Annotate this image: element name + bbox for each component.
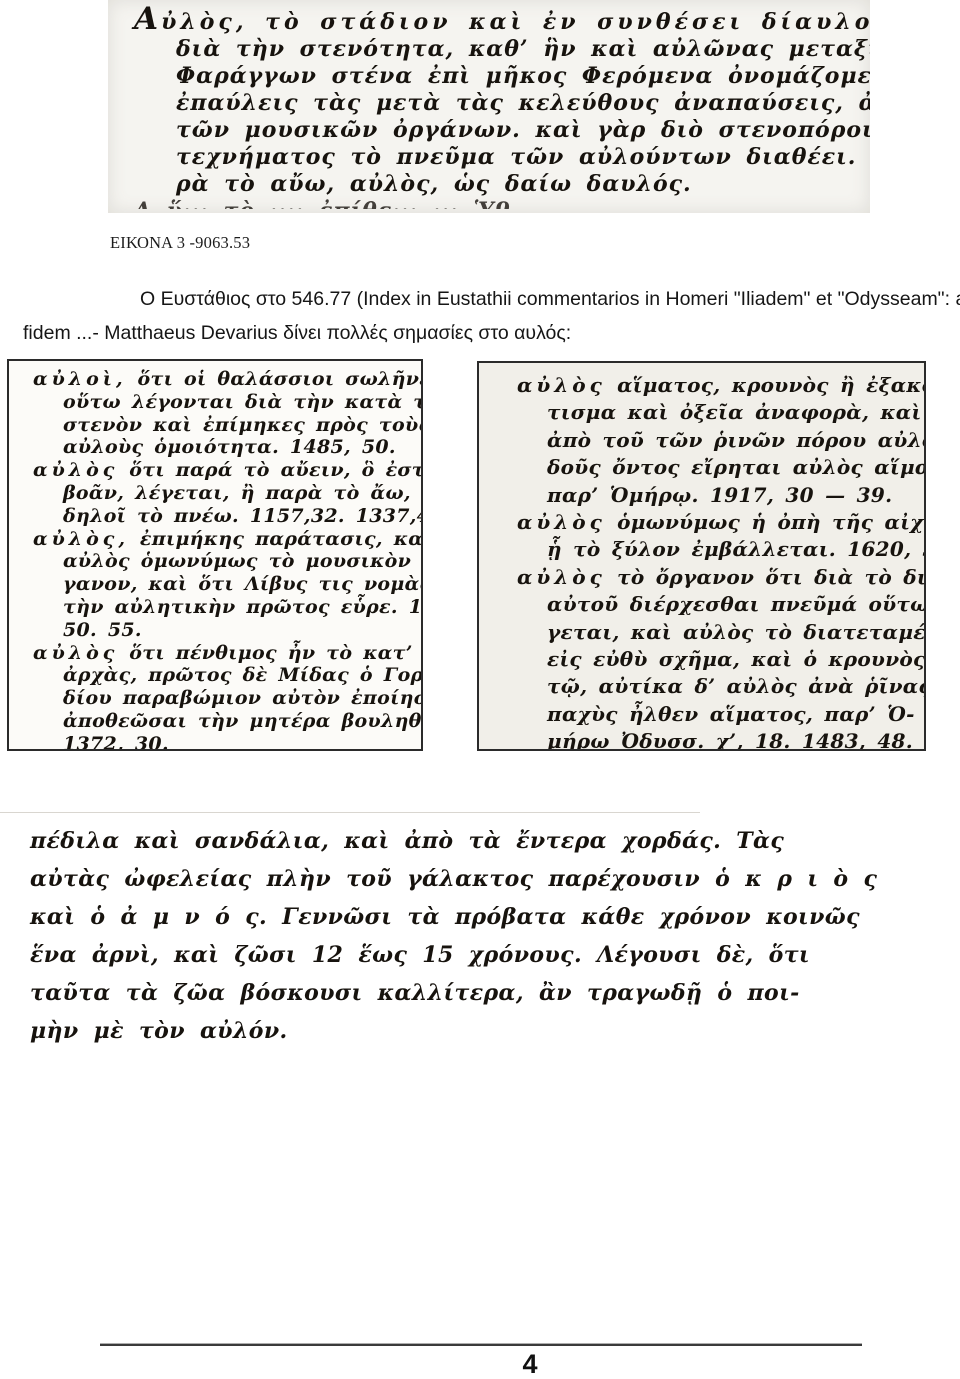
entry-line: παχὺς ἦλθεν αἵματος, παρ’ Ὁ- [547,702,915,726]
entry-line: τὴν αὐλητικὴν πρῶτος εὗρε. 1236, [63,596,423,618]
scan-line: διὰ τὴν στενότητα, καθ’ ἣν καὶ αὐλῶνας μ… [134,36,870,63]
body-paragraph: Ο Ευστάθιος στο 546.77 (Index in Eustath… [23,282,953,350]
scan-line: ἕνα ἀρνὶ, καὶ ζῶσι 12 ἕως 15 χρόνους. Λέ… [30,936,945,974]
entry-line: ἀρχὰς, πρῶτος δὲ Μίδας ὁ Γορ- [63,664,423,686]
entry-line: ἐπιμήκης παράτασις, καὶ [129,528,423,550]
entry-line: ὅτι παρά τὸ αὔειν, ὃ ἐστι [118,459,423,481]
entry-lead: αὐλὸς [33,642,118,664]
lexicon-right-column: αὐλὸς αἵματος, κρουνὸς ἢ ἐξακόν- τισμα κ… [477,361,926,751]
lexicon-entry: αὐλὸς αἵματος, κρουνὸς ἢ ἐξακόν- τισμα κ… [517,372,920,509]
entry-line: τισμα καὶ ὀξεῖα ἀναφορὰ, καὶ ὅτι [547,400,926,424]
entry-line: αὐλὸς ὁμωνύμως τὸ μουσικὸν ὄρ- [63,550,423,572]
bottom-scan-image: πέδιλα καὶ σανδάλια, καὶ ἀπὸ τὰ ἔντερα χ… [15,814,945,1048]
footer-rule [100,1343,862,1346]
scan-line: πέδιλα καὶ σανδάλια, καὶ ἀπὸ τὰ ἔντερα χ… [30,822,945,860]
lexicon-left-column: αὐλοὶ, ὅτι οἱ θαλάσσιοι σωλῆνες οὕτω λέγ… [7,359,423,751]
body-paragraph-line: fidem ...- Matthaeus Devarius δίνει πολλ… [23,316,953,350]
scan-line-text: ὐλὸς, τὸ στάδιον καὶ ἐν συνθέσει δίαυλος… [161,9,870,35]
entry-line: οὕτω λέγονται διὰ τὴν κατὰ τὸ [63,391,423,413]
entry-lead: αὐλὸς [517,510,606,534]
entry-line: ἀπὸ τοῦ τῶν ῥινῶν πόρου αὐλοει- [547,428,926,452]
entry-lead: αὐλὸς [33,459,118,481]
entry-lead: αὐλοὶ, [33,368,127,390]
entry-line: στενὸν καὶ ἐπίμηκες πρὸς τοὺς [63,414,423,436]
entry-lead: αὐλὸς [517,373,606,397]
entry-line: γανον, καὶ ὅτι Λίβυς τις νομὰς [63,573,423,595]
scan-line: τῶν μουσικῶν ὀργάνων. καὶ γὰρ διὸ στενοπ… [134,117,870,144]
entry-line: ὅτι πένθιμος ἦν τὸ κατ’ [118,642,412,664]
entry-line: δίου παραβώμιον αὐτὸν ἐποίησεν [63,687,423,709]
entry-line: εἰς εὐθὺ σχῆμα, καὶ ὁ κρουνὸς ἐν [547,647,926,671]
scan-line: Φαράγγων στένα ἐπὶ μῆκος Φερόμενα ὀνομάζ… [134,63,870,90]
lexicon-entry: αὐλὸς ὅτι πένθιμος ἦν τὸ κατ’ ἀρχὰς, πρῶ… [33,642,415,751]
entry-line: βοᾶν, λέγεται, ἢ παρὰ τὸ ἄω, ὃ [63,482,423,504]
entry-line: 1372, 30. [63,733,169,751]
entry-line: γεται, καὶ αὐλὸς τὸ διατεταμένον [547,620,926,644]
scan-line: τεχνήματος τὸ πνεῦμα τῶν αὐλούντων διαθέ… [134,144,870,171]
figure-caption: ΕΙΚΟΝΑ 3 -9063.53 [110,233,250,253]
entry-line: δηλοῖ τὸ πνέω. 1157,32. 1337,41. [63,505,423,527]
lexicon-entry: αὐλὸς τὸ ὄργανον ὅτι διὰ τὸ δι’ αὐτοῦ δι… [517,564,920,751]
entry-lead: αὐλὸς, [33,528,129,550]
entry-line: αὐτοῦ διέρχεσθαι πνεῦμά οὕτω λέ- [547,592,926,616]
lexicon-entry: αὐλοὶ, ὅτι οἱ θαλάσσιοι σωλῆνες οὕτω λέγ… [33,368,415,459]
lexicon-entry: αὐλὸς ὁμωνύμως ἡ ὀπὴ τῆς αἰχμῆς, ᾗ τὸ ξύ… [517,509,920,564]
scan-line: ρὰ τὸ αὔω, αὐλὸς, ὡς δαίω δαυλός. [134,171,870,198]
scan-edge-rule [0,812,700,813]
entry-line: αὐλοὺς ὁμοιότητα. 1485, 50. [63,436,396,458]
entry-line: αἵματος, κρουνὸς ἢ ἐξακόν- [606,373,926,397]
entry-line: μήρῳ Ὀδυσσ. χ’, 18. 1483, 48. 52. [547,729,926,751]
entry-line: ᾗ τὸ ξύλον ἐμβάλλεται. 1620, 36. [547,537,926,561]
entry-lead: αὐλὸς [517,565,606,589]
scan-line: Αὐλὸς, τὸ στάδιον καὶ ἐν συνθέσει δίαυλο… [134,6,870,36]
entry-line: ὁμωνύμως ἡ ὀπὴ τῆς αἰχμῆς, [606,510,926,534]
entry-line: 50. 55. [63,619,142,641]
entry-line: τὸ ὄργανον ὅτι διὰ τὸ δι’ [606,565,926,589]
scan-line: μὴν μὲ τὸν αὐλόν. [30,1012,945,1048]
scan-line: ταῦτα τὰ ζῶα βόσκουσι καλλίτερα, ἂν τραγ… [30,974,945,1012]
lexicon-entry: αὐλὸς, ἐπιμήκης παράτασις, καὶ αὐλὸς ὁμω… [33,528,415,642]
entry-line: δοῦς ὄντος εἴρηται αὐλὸς αἵματος [547,455,926,479]
scan-line: ἐπαύλεις τὰς μετὰ τὰς κελεύθους ἀναπαύσε… [134,90,870,117]
drop-initial: Α [134,1,161,37]
scan-line: καὶ ὁ ἀ μ ν ό ς. Γεννῶσι τὰ πρόβατα κάθε… [30,898,945,936]
top-scan-image: Αὐλὸς, τὸ στάδιον καὶ ἐν συνθέσει δίαυλο… [108,0,870,213]
lexicon-entry: αὐλὸς ὅτι παρά τὸ αὔειν, ὃ ἐστι βοᾶν, λέ… [33,459,415,527]
body-paragraph-line: Ο Ευστάθιος στο 546.77 (Index in Eustath… [23,282,953,316]
page-number: 4 [105,1349,955,1379]
entry-line: ἀποθεῶσαι τὴν μητέρα βουληθείς. [63,710,423,732]
entry-line: τῷ, αὐτίκα δ’ αὐλὸς ἀνὰ ῥῖνας [547,674,926,698]
scan-clipped-line: Α ὕ··· τὸ ···· ἐπίθε··· ··· Ὑ9 [134,198,870,209]
document-page: Αὐλὸς, τὸ στάδιον καὶ ἐν συνθέσει δίαυλο… [0,0,960,1379]
entry-line: ὅτι οἱ θαλάσσιοι σωλῆνες [127,368,423,390]
entry-line: παρ’ Ὁμήρῳ. 1917, 30 — 39. [547,483,892,507]
scan-line: αὐτὰς ὠφελείας πλὴν τοῦ γάλακτος παρέχου… [30,860,945,898]
